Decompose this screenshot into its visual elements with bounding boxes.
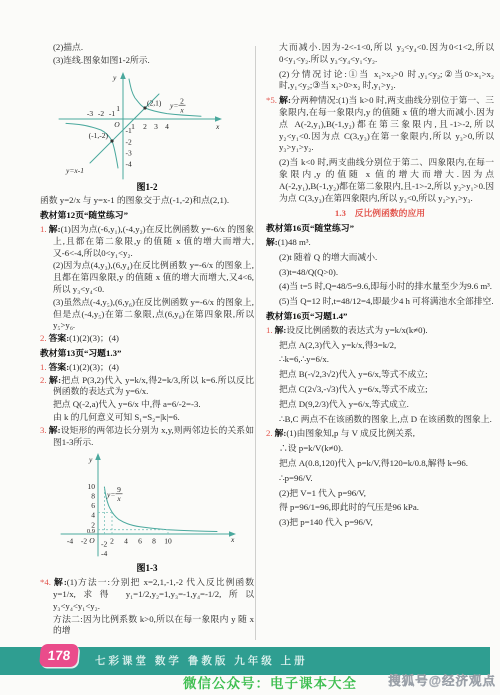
y-arrow	[95, 453, 101, 460]
item-lead: 答案:	[49, 362, 70, 372]
solution-item: 3.解:设矩形的两邻边长分别为 x,y,则两邻边长的关系如图1-3所示.	[53, 425, 254, 449]
textbook-answer-page: (2)描点.(3)连线.图象如图1-2所示. y x O -3 -2 -1 1 …	[0, 0, 500, 695]
item-number: *5.	[266, 95, 277, 105]
paragraph: ∴k=6,∴y=6/x.	[279, 354, 494, 366]
column-divider	[255, 46, 256, 640]
paragraph: 把点 D(9,2/3)代入 y=6/x,等式成立.	[279, 399, 494, 411]
x-tick: 4	[165, 122, 169, 131]
item-number: 1.	[40, 224, 47, 234]
solution-item: 2.答案:(1)(2)(3)；(4)	[53, 333, 254, 345]
y-arrow	[120, 72, 126, 79]
y-axis-label: y	[88, 455, 93, 464]
paragraph: (3)把 p=140 代入 p=96/V,	[279, 517, 494, 529]
fraction-denominator: x	[116, 494, 121, 503]
line-label: y=x-1	[65, 166, 84, 175]
x-arrow	[215, 116, 222, 122]
y-tick: 8	[91, 492, 95, 501]
paragraph: 把点 Q(-2,a)代入 y=6/x 中,得 a=6/-2=-3.	[53, 399, 254, 411]
item-lead: 答案:	[49, 333, 70, 343]
x-tick: 2	[110, 537, 114, 546]
wechat-watermark: 微信公众号：电子课本大全	[183, 672, 357, 692]
y-tick-small: 0.9	[87, 528, 95, 535]
right-column: 大而减小.因为-2<-1<0,所以 y₃<y₄<0.因为0<1<2,所以0<y₁…	[266, 42, 494, 532]
item-lead: 解:	[275, 428, 287, 438]
lesson-heading: 1.3 反比例函数的应用	[266, 208, 494, 220]
figure-caption: 图1-2	[40, 182, 254, 194]
fraction-denominator: x	[179, 105, 184, 114]
solution-item: 1.解:(1)因为点(-6,y₁),(-4,y₂)在反比例函数 y=-6/x 的…	[53, 224, 254, 259]
y-tick: 6	[91, 501, 95, 510]
point-b-label: (-1,-2)	[89, 131, 109, 140]
hyperbola-q1	[129, 79, 201, 116]
solution-item: *4.解:(1)方法一:分别把 x=2,1,-1,-2 代入反比例函数 y=1/…	[53, 577, 254, 612]
y-tick: 10	[88, 482, 96, 491]
footer-book-info: 七彩课堂 数学 鲁教版 九年级 上册	[95, 653, 308, 668]
paragraph: (2)因为点(4,y₃),(6,y₄)在反比例函数 y=-6/x 的图象上,且都…	[53, 260, 254, 295]
y-axis-label: y	[112, 73, 117, 82]
paragraph: 把点 C(2√3,-√3)代入 y=6/x,等式不成立;	[279, 384, 494, 396]
paragraph: (2)把 V=1 代入 p=96/V,	[279, 488, 494, 500]
paragraph: (2)描点.	[53, 42, 254, 54]
paragraph: (4)当 t=5 时,Q=48/5=9.6,即每小时的排水量至少为9.6 m³.	[279, 281, 494, 293]
y-tick: -1	[126, 126, 132, 135]
paragraph: 解:(1)48 m³.	[279, 237, 494, 249]
solution-item: 1.答案:(1)(2)(3)；(4)	[53, 362, 254, 374]
item-lead: 解:	[49, 425, 61, 435]
paragraph: 大而减小.因为-2<-1<0,所以 y₃<y₄<0.因为0<1<2,所以0<y₁…	[279, 42, 494, 66]
sohu-watermark: 搜狐号@经济观点	[388, 671, 496, 689]
page-number-badge: 178	[39, 644, 79, 667]
item-lead: 解:	[49, 224, 61, 234]
x-tick: 10	[164, 537, 172, 546]
x-tick: 2	[143, 122, 147, 131]
paragraph: 由 k 的几何意义可知 S₁=S₂=|k|=6.	[53, 412, 254, 424]
x-tick: -3	[87, 109, 93, 118]
section-heading: 教材第16页“习题1.4”	[266, 311, 494, 323]
paragraph: 把点 A(2,3)代入 y=k/x,得3=k/2,	[279, 340, 494, 352]
point-a-label: (2,1)	[147, 98, 162, 107]
item-number: 2.	[266, 428, 273, 438]
y-tick: -3	[126, 148, 132, 157]
paragraph: (2)分情况讨论:①当 x₁>x₂>0 时,y₁<y₂;②当0>x₁>x₂ 时,…	[279, 69, 494, 93]
paragraph: (3)虽然点(-4,y₅),(6,y₆)在反比例函数 y=-6/x 的图象上,但…	[53, 297, 254, 332]
solution-item: 2.解:(1)由图象知,p 与 V 成反比例关系,	[279, 428, 494, 440]
x-axis-label: x	[230, 535, 235, 544]
hyperbola-label-lead: y=	[169, 101, 178, 110]
section-heading: 教材第16页“随堂练习”	[266, 223, 494, 235]
y-tick: 1	[116, 104, 120, 113]
fraction-numerator: 9	[117, 485, 121, 494]
item-number: *4.	[40, 577, 51, 587]
x-tick: -2	[81, 537, 87, 546]
solution-item: 2.解:把点 P(3,2)代入 y=k/x,得2=k/3,所以 k=6.所以反比…	[53, 375, 254, 399]
y-tick: 4	[91, 511, 95, 520]
item-number: 2.	[40, 333, 47, 343]
paragraph: 函数 y=2/x 与 y=x-1 的图象交于点(-1,-2)和点(2,1).	[53, 195, 254, 207]
x-tick: -4	[67, 537, 73, 546]
x-axis-label: x	[215, 122, 220, 131]
y-tick: -2	[126, 137, 132, 146]
x-tick: 8	[152, 537, 156, 546]
item-lead: 解:	[53, 577, 67, 587]
origin-label: O	[89, 536, 95, 545]
item-number: 2.	[40, 375, 47, 385]
paragraph: ∴p=96/V.	[279, 473, 494, 485]
y-tick: -4	[101, 549, 107, 558]
paragraph: (5)当 Q=12 时,t=48/12=4,即最少4 h 可将满池水全部排空.	[279, 296, 494, 308]
curve-label-lead: y=	[106, 490, 115, 499]
x-tick: 6	[138, 537, 142, 546]
origin-label: O	[114, 120, 120, 129]
x-tick: 4	[124, 537, 128, 546]
fraction-numerator: 2	[180, 96, 184, 105]
paragraph: 把点 B(-√2,3√2)代入 y=6/x,等式不成立;	[279, 369, 494, 381]
paragraph: (2)当 k<0 时,两支曲线分别位于第二、四象限内,在每一象限内,y 的值随 …	[279, 157, 494, 204]
item-lead: 解:	[279, 95, 291, 105]
figure-caption: 图1-3	[40, 563, 254, 575]
x-tick: -1	[109, 109, 115, 118]
item-number: 1.	[266, 325, 273, 335]
item-number: 3.	[40, 425, 47, 435]
intersection-point-b	[110, 139, 113, 142]
item-lead: 解:	[49, 375, 61, 385]
item-lead: 解:	[266, 237, 278, 247]
solution-item: 1.解:设反比例函数的表达式为 y=k/x(k≠0).	[279, 325, 494, 337]
paragraph: ∴B,C 两点不在该函数的图象上,点 D 在该函数的图象上.	[279, 414, 494, 426]
figure-1-2-graph: y x O -3 -2 -1 1 2 3 4 1 -1 -2 -3 -4 (2,…	[51, 69, 226, 181]
paragraph: (3)t=48/Q(Q>0).	[279, 267, 494, 279]
paragraph: 把点 A(0.8,120)代入 p=k/V,得120=k/0.8,解得 k=96…	[279, 458, 494, 470]
paragraph: 方法二:因为比例系数 k>0,所以在每一象限内 y 随 x 的增	[53, 614, 254, 638]
solution-item: *5.解:分两种情况:(1)当 k>0 时,两支曲线分别位于第一、三象限内,在每…	[279, 95, 494, 154]
y-tick: -2	[101, 540, 107, 549]
y-tick: -4	[126, 159, 132, 168]
x-tick: -2	[98, 109, 104, 118]
x-tick: 3	[154, 122, 158, 131]
item-number: 1.	[40, 362, 47, 372]
paragraph: (3)连线.图象如图1-2所示.	[53, 55, 254, 67]
paragraph: ∴设 p=k/V(k≠0).	[279, 443, 494, 455]
paragraph: (2)t 随着 Q 的增大而减小.	[279, 252, 494, 264]
paragraph: 得 p=96/1=96,即此时的气压是96 kPa.	[279, 502, 494, 514]
item-lead: 解:	[275, 325, 287, 335]
section-heading: 教材第12页“随堂练习”	[40, 210, 254, 222]
figure-1-3-graph: y x O 10 8 6 4 2 0.9 -2 -4 -4 -2 2 4 6 8…	[51, 450, 241, 562]
section-heading: 教材第13页“习题1.3”	[40, 348, 254, 360]
left-column: (2)描点.(3)连线.图象如图1-2所示. y x O -3 -2 -1 1 …	[40, 42, 254, 638]
